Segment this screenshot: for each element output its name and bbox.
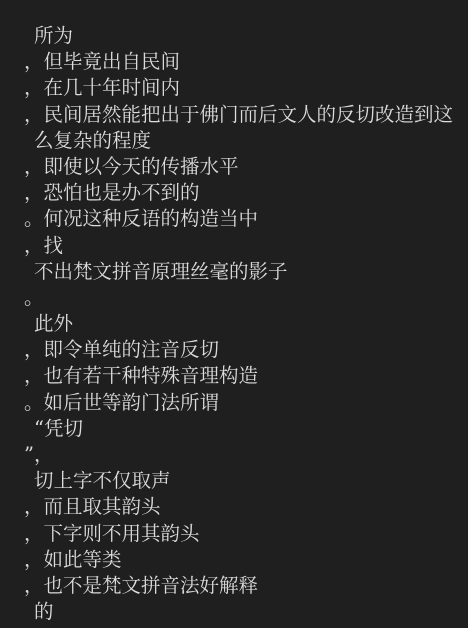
text-line: 。 xyxy=(34,285,462,311)
text-line: ，也有若干种特殊音理构造 xyxy=(34,363,462,389)
text-line: ，但毕竟出自民间 xyxy=(34,49,462,75)
text-line: 切上字不仅取声 xyxy=(34,468,462,494)
text-line: ，找 xyxy=(34,233,462,259)
text-line: ，下字则不用其韵头 xyxy=(34,521,462,547)
text-line: 所为 xyxy=(34,23,462,49)
text-line: “凭切 xyxy=(34,416,462,442)
text-line: ，在几十年时间内 xyxy=(34,75,462,101)
text-line: ，民间居然能把出于佛门而后文人的反切改造到这 xyxy=(34,102,462,128)
text-line: ，即令单纯的注音反切 xyxy=(34,337,462,363)
text-line: 么复杂的程度 xyxy=(34,128,462,154)
text-line: ，而且取其韵头 xyxy=(34,494,462,520)
text-line: ”， xyxy=(34,442,462,468)
text-line: 此外 xyxy=(34,311,462,337)
text-line: 。如后世等韵门法所谓 xyxy=(34,390,462,416)
text-line: ，也不是梵文拼音法好解释 xyxy=(34,573,462,599)
reader-page[interactable]: 所为 ，但毕竟出自民间 ，在几十年时间内 ，民间居然能把出于佛门而后文人的反切改… xyxy=(0,0,468,628)
text-line: 。何况这种反语的构造当中 xyxy=(34,206,462,232)
text-line: ，恐怕也是办不到的 xyxy=(34,180,462,206)
text-line: ，如此等类 xyxy=(34,547,462,573)
text-line: 的 xyxy=(34,599,462,625)
text-line: ，即使以今天的传播水平 xyxy=(34,154,462,180)
text-line: 不出梵文拼音原理丝毫的影子 xyxy=(34,259,462,285)
